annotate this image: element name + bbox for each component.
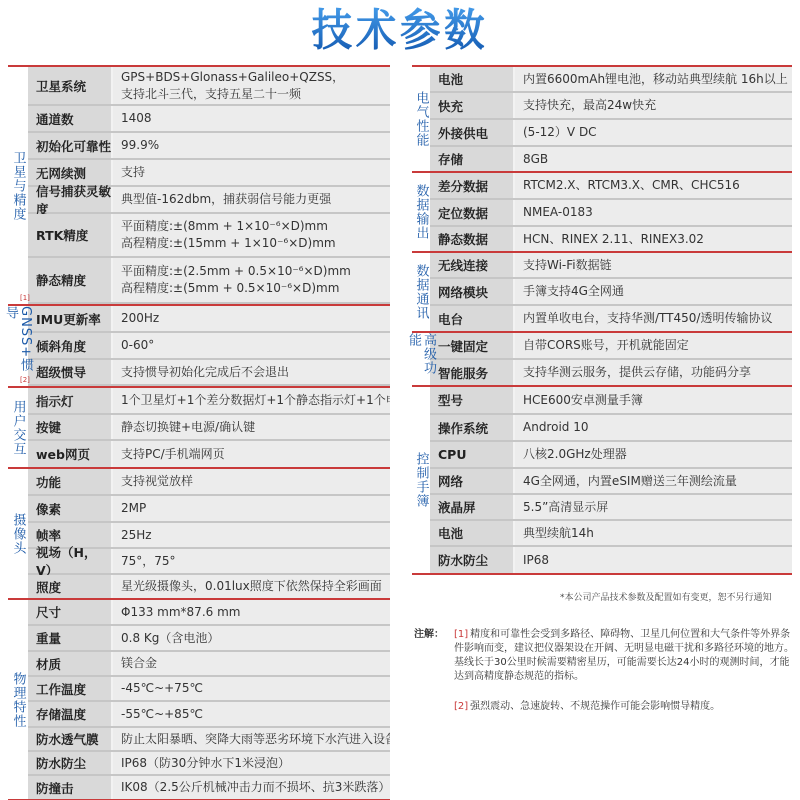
spec-value: 1个卫星灯+1个差分数据灯+1个静态指示灯+1个电源灯	[113, 388, 390, 413]
spec-row: 防撞击IK08（2.5公斤机械冲击力而不损坏、抗3米跌落）	[28, 776, 390, 799]
spec-value: -45℃~+75℃	[113, 677, 390, 700]
spec-value: IP68	[515, 547, 792, 573]
spec-value: GPS+BDS+Glonass+Galileo+QZSS，支持北斗三代，支持五星…	[113, 67, 390, 104]
spec-label: 存储温度	[28, 702, 113, 726]
spec-row: 智能服务支持华测云服务，提供云存储，功能码分享	[430, 360, 792, 385]
spec-label: 电台	[430, 306, 515, 331]
spec-value-line: 高程精度:±(5mm + 0.5×10⁻⁶×D)mm	[121, 280, 390, 297]
spec-row: 照度星光级摄像头，0.01lux照度下依然保持全彩画面	[28, 575, 390, 598]
spec-row: 尺寸Φ133 mm*87.6 mm	[28, 600, 390, 626]
note-2-text: 强烈震动、急速旋转、不规范操作可能会影响惯导精度。	[470, 701, 720, 712]
spec-value: 支持Wi-Fi数据链	[515, 253, 792, 277]
spec-row: 工作温度-45℃~+75℃	[28, 677, 390, 702]
spec-value: -55℃~+85℃	[113, 702, 390, 726]
spec-value: 典型续航14h	[515, 521, 792, 545]
group-label: GNSS+惯导	[8, 306, 28, 386]
spec-value: 自带CORS账号，开机就能固定	[515, 333, 792, 358]
spec-value-line: GPS+BDS+Glonass+Galileo+QZSS，	[121, 69, 390, 86]
spec-row: 电池典型续航14h	[430, 521, 792, 547]
spec-label: 静态精度	[28, 258, 113, 302]
spec-label: 像素	[28, 496, 113, 521]
spec-value-line: 自带CORS账号，开机就能固定	[523, 337, 792, 354]
spec-row: 存储温度-55℃~+85℃	[28, 702, 390, 728]
spec-value-line: 8GB	[523, 151, 792, 168]
spec-label: 智能服务	[430, 360, 515, 385]
spec-label: 液晶屏	[430, 495, 515, 519]
spec-label: 存储	[430, 147, 515, 171]
spec-row: 静态精度平面精度:±(2.5mm + 0.5×10⁻⁶×D)mm高程精度:±(5…	[28, 258, 390, 304]
spec-value-line: 支持快充，最高24w快充	[523, 97, 792, 114]
spec-value: 支持惯导初始化完成后不会退出	[113, 360, 390, 384]
spec-value-line: 平面精度:±(2.5mm + 0.5×10⁻⁶×D)mm	[121, 263, 390, 280]
footnote-marker: [1]	[20, 294, 30, 302]
spec-label: 重量	[28, 626, 113, 650]
spec-value-line: 75°，75°	[121, 553, 390, 570]
spec-value-line: -55℃~+85℃	[121, 706, 390, 723]
spec-value-line: HCN、RINEX 2.11、RINEX3.02	[523, 231, 792, 248]
spec-value-line: 内置6600mAh锂电池，移动站典型续航 16h以上	[523, 71, 792, 88]
spec-row: 电台内置单收电台，支持华测/TT450/透明传输协议	[430, 306, 792, 331]
spec-value-line: Android 10	[523, 419, 792, 436]
spec-value: 镁合金	[113, 652, 390, 675]
spec-value-line: 5.5”高清显示屏	[523, 499, 792, 516]
note-1: [1]精度和可靠性会受到多路径、障碍物、卫星几何位置和大气条件等外界条件影响而变…	[454, 628, 799, 684]
spec-value-line: 静态切换键+电源/确认键	[121, 419, 390, 436]
spec-value: 5.5”高清显示屏	[515, 495, 792, 519]
group-label: 控制手簿	[412, 387, 430, 573]
spec-row: CPU八核2.0GHz处理器	[430, 442, 792, 469]
spec-value: 支持视觉放样	[113, 469, 390, 494]
spec-table-left: 卫星与精度卫星系统GPS+BDS+Glonass+Galileo+QZSS，支持…	[8, 65, 390, 800]
spec-row: 型号HCE600安卓测量手簿	[430, 387, 792, 415]
spec-label: RTK精度	[28, 214, 113, 256]
spec-label: 快充	[430, 93, 515, 118]
group-label: 卫星与精度	[8, 67, 28, 304]
spec-label: 型号	[430, 387, 515, 413]
spec-row: 差分数据RTCM2.X、RTCM3.X、CMR、CHC516	[430, 173, 792, 200]
spec-row: 网络模块手簿支持4G全网通	[430, 279, 792, 306]
spec-label: 卫星系统	[28, 67, 113, 104]
spec-value: 支持PC/手机端网页	[113, 441, 390, 467]
spec-label: 超级惯导	[28, 360, 113, 384]
spec-value-line: 支持视觉放样	[121, 473, 390, 490]
spec-row: 倾斜角度0-60°	[28, 333, 390, 360]
spec-label: 指示灯	[28, 388, 113, 413]
spec-value: 200Hz	[113, 306, 390, 331]
spec-value: RTCM2.X、RTCM3.X、CMR、CHC516	[515, 173, 792, 198]
spec-value-line: 高程精度:±(15mm + 1×10⁻⁶×D)mm	[121, 235, 390, 252]
spec-value: 1408	[113, 106, 390, 131]
spec-row: 重量0.8 Kg（含电池）	[28, 626, 390, 652]
spec-row: 存储8GB	[430, 147, 792, 171]
spec-value-line: 4G全网通，内置eSIM赠送三年测绘流量	[523, 473, 792, 490]
spec-row: 视场（H，V）75°，75°	[28, 549, 390, 575]
spec-row: 初始化可靠性99.9%	[28, 133, 390, 160]
spec-label: 防水防尘	[430, 547, 515, 573]
spec-value: 防止太阳暴晒、突降大雨等恶劣环境下水汽进入设备	[113, 728, 390, 750]
group-label: 电气性能	[412, 67, 430, 171]
spec-value: (5-12）V DC	[515, 120, 792, 145]
spec-value-line: IP68	[523, 552, 792, 569]
spec-value-line: 支持北斗三代，支持五星二十一频	[121, 86, 390, 103]
spec-row: 网络4G全网通，内置eSIM赠送三年测绘流量	[430, 469, 792, 495]
spec-value: 0.8 Kg（含电池）	[113, 626, 390, 650]
spec-row: 外接供电(5-12）V DC	[430, 120, 792, 147]
spec-row: 操作系统Android 10	[430, 415, 792, 442]
spec-label: 电池	[430, 521, 515, 545]
spec-value-line: 支持惯导初始化完成后不会退出	[121, 364, 390, 381]
spec-row: IMU更新率200Hz	[28, 306, 390, 333]
spec-label: web网页	[28, 441, 113, 467]
spec-group: 数据通讯无线连接支持Wi-Fi数据链网络模块手簿支持4G全网通电台内置单收电台，…	[412, 251, 792, 331]
spec-value-line: 0.8 Kg（含电池）	[121, 630, 390, 647]
group-label: 数据通讯	[412, 253, 430, 331]
spec-row: 快充支持快充，最高24w快充	[430, 93, 792, 120]
spec-value: 内置单收电台，支持华测/TT450/透明传输协议	[515, 306, 792, 331]
spec-group: 控制手簿型号HCE600安卓测量手簿操作系统Android 10CPU八核2.0…	[412, 385, 792, 575]
spec-label: 工作温度	[28, 677, 113, 700]
spec-value-line: IK08（2.5公斤机械冲击力而不损坏、抗3米跌落）	[121, 779, 390, 796]
spec-label: 初始化可靠性	[28, 133, 113, 158]
spec-label: 照度	[28, 575, 113, 598]
spec-value: IK08（2.5公斤机械冲击力而不损坏、抗3米跌落）	[113, 776, 390, 799]
spec-row: 液晶屏5.5”高清显示屏	[430, 495, 792, 521]
spec-row: 防水透气膜防止太阳暴晒、突降大雨等恶劣环境下水汽进入设备	[28, 728, 390, 752]
spec-value-line: 星光级摄像头，0.01lux照度下依然保持全彩画面	[121, 578, 390, 595]
spec-row: 卫星系统GPS+BDS+Glonass+Galileo+QZSS，支持北斗三代，…	[28, 67, 390, 106]
spec-label: 信号捕获灵敏度	[28, 187, 113, 212]
spec-label: 按键	[28, 415, 113, 439]
spec-value-line: 支持华测云服务，提供云存储，功能码分享	[523, 364, 792, 381]
spec-value: 支持华测云服务，提供云存储，功能码分享	[515, 360, 792, 385]
spec-value-line: 支持PC/手机端网页	[121, 446, 390, 463]
notes-heading: 注解：	[414, 628, 444, 642]
spec-label: 防水透气膜	[28, 728, 113, 750]
spec-value-line: 八核2.0GHz处理器	[523, 446, 792, 463]
spec-label: 差分数据	[430, 173, 515, 198]
group-label: 高级功能	[412, 333, 430, 385]
spec-group: 高级功能一键固定自带CORS账号，开机就能固定智能服务支持华测云服务，提供云存储…	[412, 331, 792, 385]
spec-value-line: 支持	[121, 164, 390, 181]
note-1-marker: [1]	[454, 629, 468, 640]
spec-label: 电池	[430, 67, 515, 91]
spec-value: HCE600安卓测量手簿	[515, 387, 792, 413]
spec-value: 平面精度:±(2.5mm + 0.5×10⁻⁶×D)mm高程精度:±(5mm +…	[113, 258, 390, 302]
spec-value-line: 200Hz	[121, 310, 390, 327]
spec-value-line: 0-60°	[121, 337, 390, 354]
note-1-text: 精度和可靠性会受到多路径、障碍物、卫星几何位置和大气条件等外界条件影响而变，建议…	[454, 629, 794, 682]
spec-label: 无线连接	[430, 253, 515, 277]
spec-value: 支持快充，最高24w快充	[515, 93, 792, 118]
page-title: 技术参数	[32, 0, 768, 62]
spec-label: 倾斜角度	[28, 333, 113, 358]
spec-value: 手簿支持4G全网通	[515, 279, 792, 304]
spec-row: RTK精度平面精度:±(8mm + 1×10⁻⁶×D)mm高程精度:±(15mm…	[28, 214, 390, 258]
spec-value-line: 内置单收电台，支持华测/TT450/透明传输协议	[523, 310, 792, 327]
spec-value: NMEA-0183	[515, 200, 792, 225]
spec-value-line: 典型值-162dbm，捕获弱信号能力更强	[121, 191, 390, 208]
group-label: 摄像头	[8, 469, 28, 598]
group-label: 数据输出	[412, 173, 430, 251]
spec-label: CPU	[430, 442, 515, 467]
spec-row: 一键固定自带CORS账号，开机就能固定	[430, 333, 792, 360]
spec-value: 平面精度:±(8mm + 1×10⁻⁶×D)mm高程精度:±(15mm + 1×…	[113, 214, 390, 256]
spec-row: 按键静态切换键+电源/确认键	[28, 415, 390, 441]
spec-label: 网络模块	[430, 279, 515, 304]
spec-value-line: RTCM2.X、RTCM3.X、CMR、CHC516	[523, 177, 792, 194]
spec-label: 外接供电	[430, 120, 515, 145]
spec-value-line: HCE600安卓测量手簿	[523, 392, 792, 409]
group-label: 用户交互	[8, 388, 28, 467]
spec-value: 静态切换键+电源/确认键	[113, 415, 390, 439]
note-2-marker: [2]	[454, 701, 468, 712]
spec-value-line: 99.9%	[121, 137, 390, 154]
spec-value-line: 1408	[121, 110, 390, 127]
spec-label: 防水防尘	[28, 752, 113, 774]
spec-value-line: 支持Wi-Fi数据链	[523, 257, 792, 274]
spec-row: 通道数1408	[28, 106, 390, 133]
spec-value-line: 典型续航14h	[523, 525, 792, 542]
spec-group: 电气性能电池内置6600mAh锂电池，移动站典型续航 16h以上快充支持快充，最…	[412, 65, 792, 171]
spec-label: 网络	[430, 469, 515, 493]
spec-label: 材质	[28, 652, 113, 675]
spec-value-line: (5-12）V DC	[523, 124, 792, 141]
spec-row: 无线连接支持Wi-Fi数据链	[430, 253, 792, 279]
spec-group: GNSS+惯导IMU更新率200Hz倾斜角度0-60°超级惯导支持惯导初始化完成…	[8, 304, 390, 386]
spec-label: 尺寸	[28, 600, 113, 624]
spec-value: 支持	[113, 160, 390, 185]
spec-value: 星光级摄像头，0.01lux照度下依然保持全彩画面	[113, 575, 390, 598]
spec-value: HCN、RINEX 2.11、RINEX3.02	[515, 227, 792, 251]
spec-value: 2MP	[113, 496, 390, 521]
footnote-marker: [2]	[20, 376, 30, 384]
spec-label: 静态数据	[430, 227, 515, 251]
spec-group: 用户交互指示灯1个卫星灯+1个差分数据灯+1个静态指示灯+1个电源灯按键静态切换…	[8, 386, 390, 467]
spec-value: 99.9%	[113, 133, 390, 158]
spec-value-line: Φ133 mm*87.6 mm	[121, 604, 390, 621]
spec-row: 信号捕获灵敏度典型值-162dbm，捕获弱信号能力更强	[28, 187, 390, 214]
spec-value: Φ133 mm*87.6 mm	[113, 600, 390, 624]
spec-row: 像素2MP	[28, 496, 390, 523]
spec-group: 数据输出差分数据RTCM2.X、RTCM3.X、CMR、CHC516定位数据NM…	[412, 171, 792, 251]
spec-row: 防水防尘IP68（防30分钟水下1米浸泡）	[28, 752, 390, 776]
spec-value-line: 手簿支持4G全网通	[523, 283, 792, 300]
spec-value-line: -45℃~+75℃	[121, 680, 390, 697]
spec-row: 功能支持视觉放样	[28, 469, 390, 496]
spec-value-line: NMEA-0183	[523, 204, 792, 221]
spec-row: 指示灯1个卫星灯+1个差分数据灯+1个静态指示灯+1个电源灯	[28, 388, 390, 415]
disclaimer: *本公司产品技术参数及配置如有变更，恕不另行通知	[560, 590, 772, 603]
spec-value-line: 平面精度:±(8mm + 1×10⁻⁶×D)mm	[121, 218, 390, 235]
spec-value: Android 10	[515, 415, 792, 440]
spec-label: 视场（H，V）	[28, 549, 113, 573]
spec-row: 防水防尘IP68	[430, 547, 792, 573]
spec-value: 75°，75°	[113, 549, 390, 573]
spec-value-line: 25Hz	[121, 527, 390, 544]
spec-value: 8GB	[515, 147, 792, 171]
spec-value-line: 镁合金	[121, 655, 390, 672]
spec-label: 定位数据	[430, 200, 515, 225]
note-2: [2]强烈震动、急速旋转、不规范操作可能会影响惯导精度。	[454, 700, 720, 714]
spec-value-line: 1个卫星灯+1个差分数据灯+1个静态指示灯+1个电源灯	[121, 392, 390, 409]
spec-label: 操作系统	[430, 415, 515, 440]
spec-label: 防撞击	[28, 776, 113, 799]
spec-value-line: 2MP	[121, 500, 390, 517]
spec-value: 4G全网通，内置eSIM赠送三年测绘流量	[515, 469, 792, 493]
spec-row: web网页支持PC/手机端网页	[28, 441, 390, 467]
spec-value-line: 防止太阳暴晒、突降大雨等恶劣环境下水汽进入设备	[121, 731, 390, 748]
spec-label: 一键固定	[430, 333, 515, 358]
spec-value-line: IP68（防30分钟水下1米浸泡）	[121, 755, 390, 772]
spec-value: 0-60°	[113, 333, 390, 358]
spec-value: 八核2.0GHz处理器	[515, 442, 792, 467]
spec-table-right: 电气性能电池内置6600mAh锂电池，移动站典型续航 16h以上快充支持快充，最…	[412, 65, 792, 575]
spec-value: 25Hz	[113, 523, 390, 547]
spec-label: 功能	[28, 469, 113, 494]
spec-row: 电池内置6600mAh锂电池，移动站典型续航 16h以上	[430, 67, 792, 93]
spec-row: 静态数据HCN、RINEX 2.11、RINEX3.02	[430, 227, 792, 251]
spec-group: 物理特性尺寸Φ133 mm*87.6 mm重量0.8 Kg（含电池）材质镁合金工…	[8, 598, 390, 800]
spec-label: IMU更新率	[28, 306, 113, 331]
spec-row: 材质镁合金	[28, 652, 390, 677]
spec-row: 超级惯导支持惯导初始化完成后不会退出	[28, 360, 390, 386]
spec-row: 定位数据NMEA-0183	[430, 200, 792, 227]
spec-group: 卫星与精度卫星系统GPS+BDS+Glonass+Galileo+QZSS，支持…	[8, 65, 390, 304]
spec-value: IP68（防30分钟水下1米浸泡）	[113, 752, 390, 774]
spec-value: 典型值-162dbm，捕获弱信号能力更强	[113, 187, 390, 212]
spec-group: 摄像头功能支持视觉放样像素2MP帧率25Hz视场（H，V）75°，75°照度星光…	[8, 467, 390, 598]
spec-label: 通道数	[28, 106, 113, 131]
group-label: 物理特性	[8, 600, 28, 799]
spec-value: 内置6600mAh锂电池，移动站典型续航 16h以上	[515, 67, 792, 91]
